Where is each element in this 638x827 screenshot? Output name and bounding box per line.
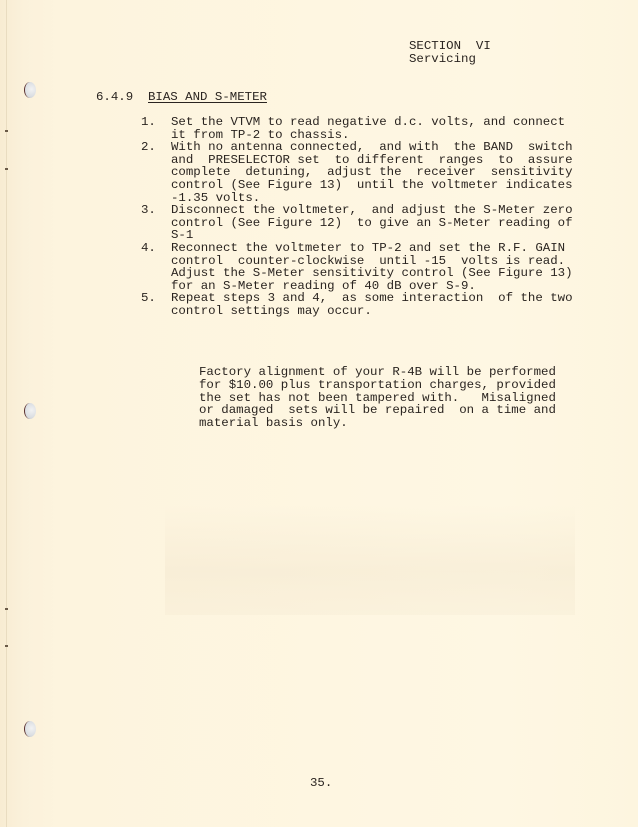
procedure-step: 4. Reconnect the voltmeter to TP-2 and s… — [141, 242, 581, 292]
margin-mark — [5, 130, 8, 132]
section-label: SECTION VI — [409, 40, 491, 53]
step-text-line: Reconnect the voltmeter to TP-2 and set … — [171, 242, 581, 255]
binder-hole-icon — [24, 82, 36, 98]
step-number: 5. — [141, 292, 156, 305]
step-text-line: Set the VTVM to read negative d.c. volts… — [171, 116, 581, 129]
bleed-through-figure — [165, 505, 575, 615]
step-number: 4. — [141, 242, 156, 255]
procedure-step: 3. Disconnect the voltmeter, and adjust … — [141, 204, 581, 242]
procedure-step: 1. Set the VTVM to read negative d.c. vo… — [141, 116, 581, 141]
step-number: 2. — [141, 141, 156, 154]
margin-mark — [5, 645, 8, 647]
margin-mark — [5, 608, 8, 610]
heading-number: 6.4.9 — [96, 91, 133, 104]
procedure-step: 5. Repeat steps 3 and 4, as some interac… — [141, 292, 581, 317]
margin-mark — [5, 168, 8, 170]
step-text-line: control settings may occur. — [171, 305, 581, 318]
step-text-line: Disconnect the voltmeter, and adjust the… — [171, 204, 581, 217]
note-text-line: for $10.00 plus transportation charges, … — [199, 379, 569, 392]
binder-hole-icon — [24, 403, 36, 419]
factory-alignment-note: Factory alignment of your R-4B will be p… — [199, 366, 569, 430]
heading-title: BIAS AND S-METER — [148, 91, 267, 104]
binder-hole-icon — [24, 721, 36, 737]
step-text-line: control (See Figure 12) to give an S-Met… — [171, 217, 581, 230]
step-number: 3. — [141, 204, 156, 217]
procedure-step: 2. With no antenna connected, and with t… — [141, 141, 581, 204]
page-number: 35. — [310, 777, 332, 790]
step-number: 1. — [141, 116, 156, 129]
page-margin-line — [6, 0, 7, 827]
step-text-line: control (See Figure 13) until the voltme… — [171, 179, 581, 192]
note-text-line: material basis only. — [199, 417, 569, 430]
step-text-line: Adjust the S-Meter sensitivity control (… — [171, 267, 581, 280]
section-subtitle: Servicing — [409, 53, 476, 66]
document-page: SECTION VI Servicing 6.4.9 BIAS AND S-ME… — [0, 0, 638, 827]
step-text-line: With no antenna connected, and with the … — [171, 141, 581, 154]
note-text-line: Factory alignment of your R-4B will be p… — [199, 366, 569, 379]
procedure-steps: 1. Set the VTVM to read negative d.c. vo… — [141, 116, 581, 318]
